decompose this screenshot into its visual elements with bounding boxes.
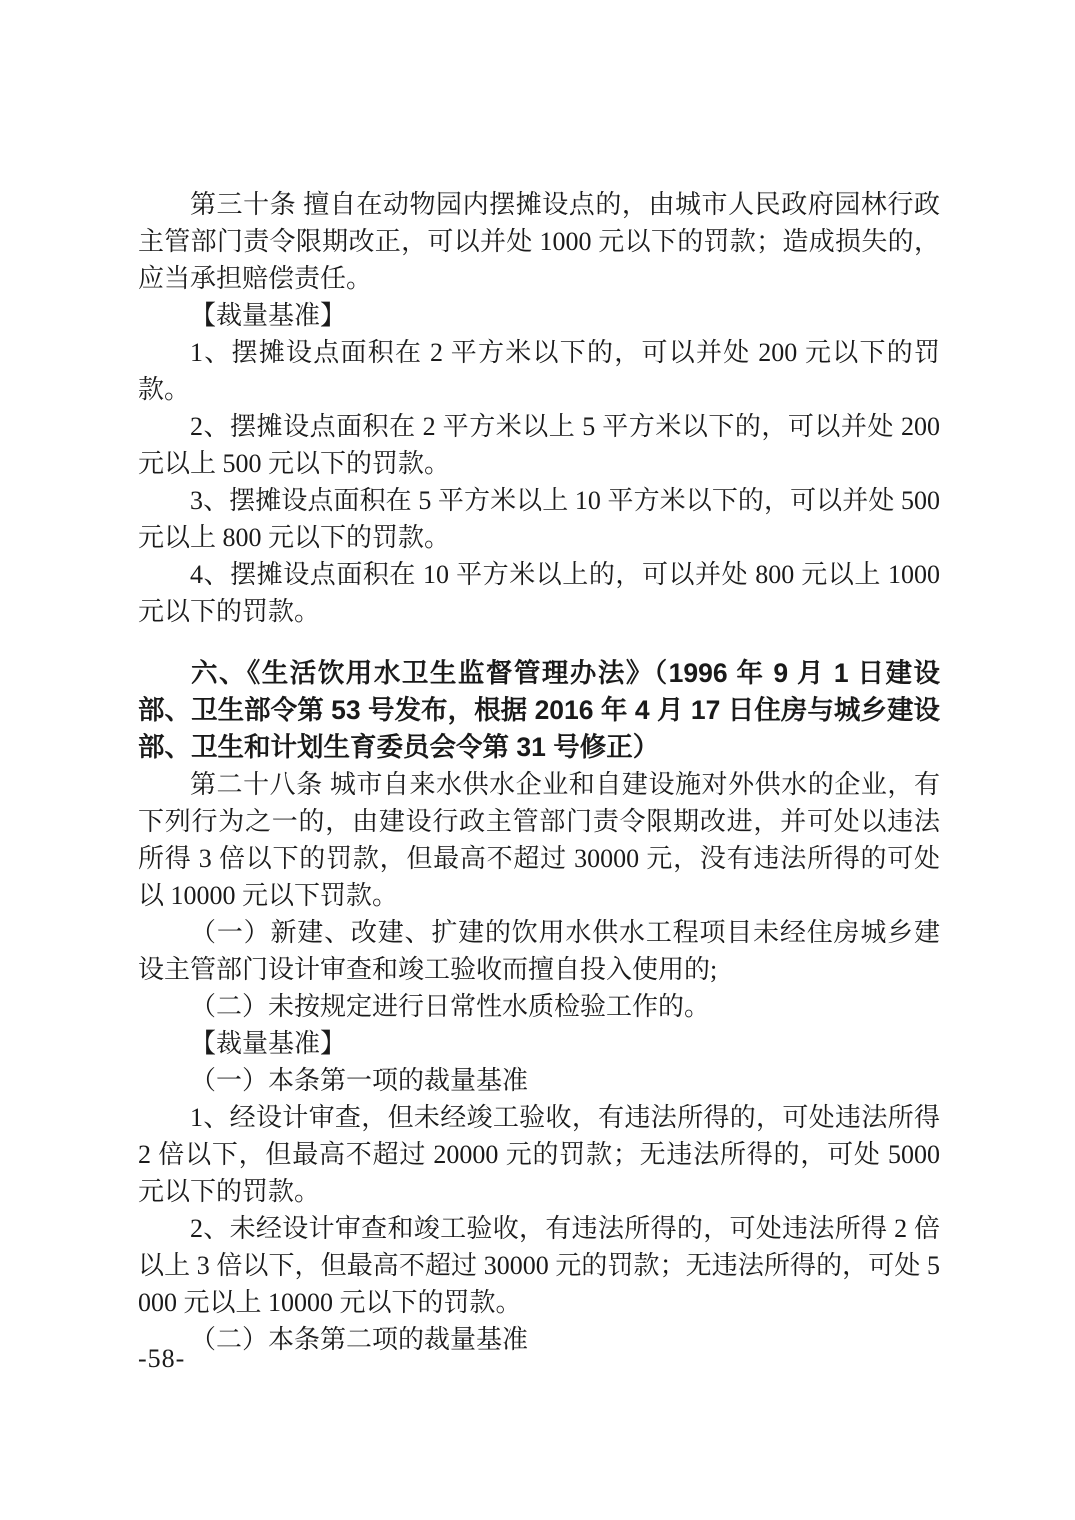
standard-item-1: 1、摆摊设点面积在 2 平方米以下的，可以并处 200 元以下的罚款。 <box>138 334 940 408</box>
standard-item-3: 3、摆摊设点面积在 5 平方米以上 10 平方米以下的，可以并处 500 元以上… <box>138 482 940 556</box>
article-30-clause: 第三十条 擅自在动物园内摆摊设点的，由城市人民政府园林行政主管部门责令限期改正，… <box>138 186 940 297</box>
page-number: -58- <box>138 1344 185 1374</box>
section-6-heading: 六、《生活饮用水卫生监督管理办法》（1996 年 9 月 1 日建设部、卫生部令… <box>138 655 940 766</box>
article-28-item-2: （二）未按规定进行日常性水质检验工作的。 <box>138 988 940 1025</box>
article-28-clause: 第二十八条 城市自来水供水企业和自建设施对外供水的企业，有下列行为之一的，由建设… <box>138 766 940 914</box>
article-28-item-1: （一）新建、改建、扩建的饮用水供水工程项目未经住房城乡建设主管部门设计审查和竣工… <box>138 914 940 988</box>
document-page: 第三十条 擅自在动物园内摆摊设点的，由城市人民政府园林行政主管部门责令限期改正，… <box>0 0 1075 1520</box>
clause-1-standard-title: （一）本条第一项的裁量基准 <box>138 1062 940 1099</box>
discretion-standard-header-1: 【裁量基准】 <box>138 297 940 334</box>
clause-1-standard-item-2: 2、未经设计审查和竣工验收，有违法所得的，可处违法所得 2 倍以上 3 倍以下，… <box>138 1210 940 1321</box>
document-body: 第三十条 擅自在动物园内摆摊设点的，由城市人民政府园林行政主管部门责令限期改正，… <box>138 186 940 1358</box>
discretion-standard-header-2: 【裁量基准】 <box>138 1025 940 1062</box>
standard-item-2: 2、摆摊设点面积在 2 平方米以上 5 平方米以下的，可以并处 200 元以上 … <box>138 408 940 482</box>
clause-2-standard-title: （二）本条第二项的裁量基准 <box>138 1321 940 1358</box>
clause-1-standard-item-1: 1、经设计审查，但未经竣工验收，有违法所得的，可处违法所得 2 倍以下，但最高不… <box>138 1099 940 1210</box>
standard-item-4: 4、摆摊设点面积在 10 平方米以上的，可以并处 800 元以上 1000 元以… <box>138 556 940 630</box>
